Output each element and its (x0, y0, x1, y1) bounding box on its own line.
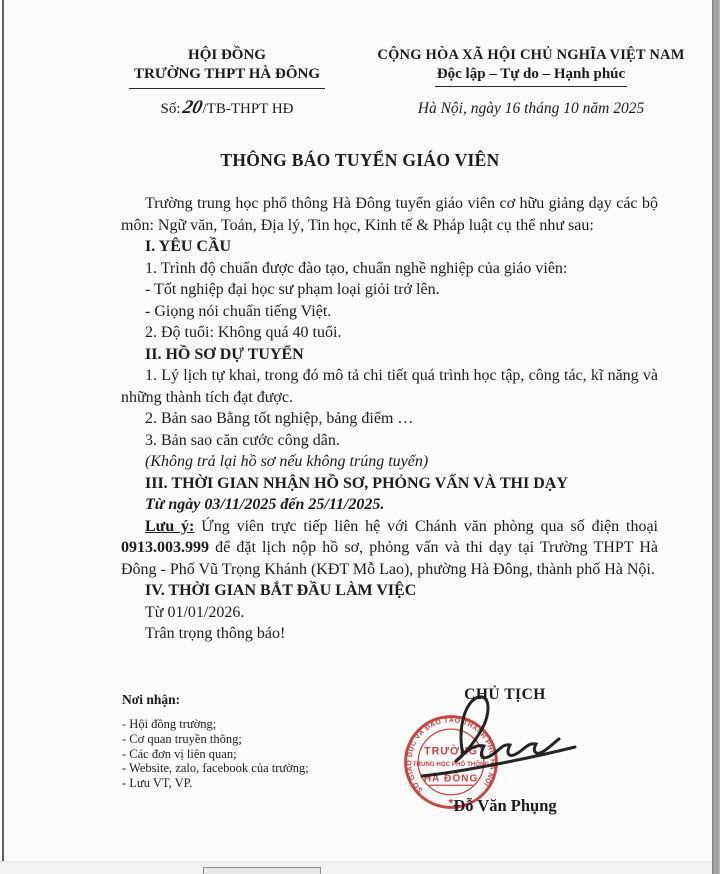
section-3-heading: III. THỜI GIAN NHẬN HỒ SƠ, PHỎNG VẤN VÀ … (145, 473, 658, 495)
doc-no-prefix: Số: (161, 101, 181, 117)
section-2-item-1: 1. Lý lịch tự khai, trong đó mô tả chi t… (121, 365, 658, 408)
section-1-item-1b: - Giọng nói chuẩn tiếng Việt. (121, 301, 658, 323)
section-1-item-1: 1. Trình độ chuẩn được đào tạo, chuẩn ng… (121, 258, 658, 280)
recipient-item: - Lưu VT, VP. (122, 776, 309, 791)
signer-name: Đỗ Văn Phụng (410, 796, 600, 816)
scan-bottom-band (0, 861, 720, 874)
recipient-item: - Các đơn vị liên quan; (122, 747, 309, 762)
scanned-document-page: HỘI ĐỒNG TRƯỜNG THPT HÀ ĐÔNG Số:20/TB-TH… (0, 0, 720, 874)
phone-number: 0913.003.999 (121, 539, 209, 556)
scan-edge-right (712, 0, 720, 874)
note-text-1: Ứng viên trực tiếp liên hệ với Chánh văn… (194, 518, 658, 535)
doc-no-handwritten-number: 20 (181, 100, 203, 115)
handwritten-signature (409, 688, 594, 800)
scan-bottom-artifact (203, 867, 321, 874)
recipient-item: - Cơ quan truyền thông; (122, 732, 309, 747)
national-header-block: CỘNG HÒA XÃ HỘI CHỦ NGHĨA VIỆT NAM Độc l… (366, 46, 696, 118)
national-motto-line1: CỘNG HÒA XÃ HỘI CHỦ NGHĨA VIỆT NAM (366, 46, 696, 65)
section-2-item-2: 2. Bản sao Bằng tốt nghiệp, bảng điểm … (121, 408, 658, 430)
note-label: Lưu ý: (145, 518, 194, 535)
org-name: TRƯỜNG THPT HÀ ĐÔNG (102, 65, 352, 84)
section-2-item-3: 3. Bản sao căn cước công dân. (121, 430, 658, 452)
place-and-date: Hà Nội, ngày 16 tháng 10 năm 2025 (366, 100, 696, 118)
document-title: THÔNG BÁO TUYỂN GIÁO VIÊN (0, 150, 720, 171)
section-1-item-2: 2. Độ tuổi: Không quá 40 tuổi. (121, 322, 658, 344)
section-1-item-1a: - Tốt nghiệp đại học sư phạm loại giỏi t… (121, 279, 658, 301)
section-4-heading: IV. THỜI GIAN BẮT ĐẦU LÀM VIỆC (145, 580, 658, 602)
org-name-underline (129, 88, 325, 89)
intro-paragraph: Trường trung học phổ thông Hà Đông tuyển… (121, 193, 658, 236)
recipient-item: - Website, zalo, facebook của trường; (122, 761, 309, 776)
recipients-list: - Hội đồng trường; - Cơ quan truyền thôn… (122, 717, 309, 791)
section-2-heading: II. HỒ SƠ DỰ TUYỂN (145, 344, 658, 366)
section-3-note-paragraph: Lưu ý: Ứng viên trực tiếp liên hệ với Ch… (121, 516, 658, 581)
section-3-period: Từ ngày 03/11/2025 đến 25/11/2025. (121, 494, 658, 516)
scan-edge-left (2, 0, 4, 874)
recipient-item: - Hội đồng trường; (122, 717, 309, 732)
doc-no-suffix: /TB-THPT HĐ (203, 101, 294, 117)
document-number: Số:20/TB-THPT HĐ (102, 100, 352, 118)
issuing-org-block: HỘI ĐỒNG TRƯỜNG THPT HÀ ĐÔNG Số:20/TB-TH… (102, 46, 352, 118)
org-parent: HỘI ĐỒNG (102, 46, 352, 65)
national-motto-line2: Độc lập – Tự do – Hạnh phúc (435, 65, 627, 87)
section-1-heading: I. YÊU CẦU (145, 236, 658, 258)
section-4-start-date: Từ 01/01/2026. (121, 602, 658, 624)
recipients-block: Nơi nhận: - Hội đồng trường; - Cơ quan t… (122, 692, 309, 791)
recipients-label: Nơi nhận: (122, 692, 309, 708)
document-header: HỘI ĐỒNG TRƯỜNG THPT HÀ ĐÔNG Số:20/TB-TH… (0, 0, 720, 118)
signature-squiggle (456, 739, 559, 761)
section-2-note: (Không trả lại hồ sơ nếu không trúng tuy… (121, 451, 658, 473)
document-footer: Nơi nhận: - Hội đồng trường; - Cơ quan t… (121, 686, 658, 866)
document-body: Trường trung học phổ thông Hà Đông tuyển… (121, 193, 658, 645)
closing-line: Trân trọng thông báo! (121, 623, 658, 645)
